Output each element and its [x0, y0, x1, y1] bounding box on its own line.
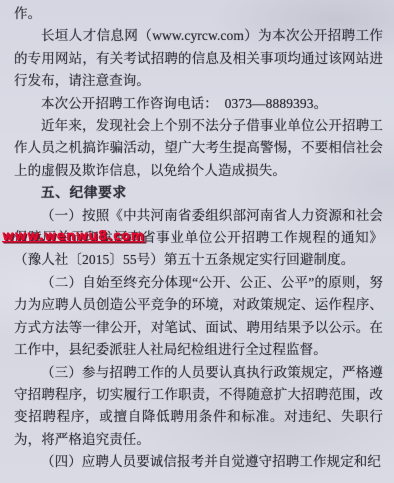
- paragraph-rule-3: （三）参与招聘工作的人员要认真执行政策规定，严格遵守招聘程序，切实履行工作职责，…: [14, 362, 383, 452]
- paragraph-fraud-warning: 近年来，发现社会上个别不法分子借事业单位公开招聘工作人员之机搞诈骗活动，望广大考…: [14, 115, 383, 182]
- paragraph-rule-4-cutoff: （四）应聘人员要诚信报考并自觉遵守招聘工作规定和纪: [14, 451, 383, 473]
- paragraph-continuation: 作。: [14, 3, 383, 25]
- paragraph-website-info: 长垣人才信息网（www.cyrcw.com）为本次公开招聘工作的专用网站，有关考…: [14, 25, 383, 92]
- scanned-document-page: 作。 长垣人才信息网（www.cyrcw.com）为本次公开招聘工作的专用网站，…: [0, 0, 394, 483]
- document-text-block: 作。 长垣人才信息网（www.cyrcw.com）为本次公开招聘工作的专用网站，…: [14, 3, 383, 474]
- paragraph-phone: 本次公开招聘工作咨询电话： 0373—8889393。: [14, 93, 383, 115]
- section-heading-discipline: 五、纪律要求: [14, 182, 383, 204]
- paragraph-rule-1: （一）按照《中共河南省委组织部河南省人力资源和社会保障厅关于印发河南省事业单位公…: [14, 205, 383, 272]
- paragraph-rule-2: （二）自始至终充分体现“公开、公正、公平”的原则，努力为应聘人员创造公平竞争的环…: [14, 272, 383, 362]
